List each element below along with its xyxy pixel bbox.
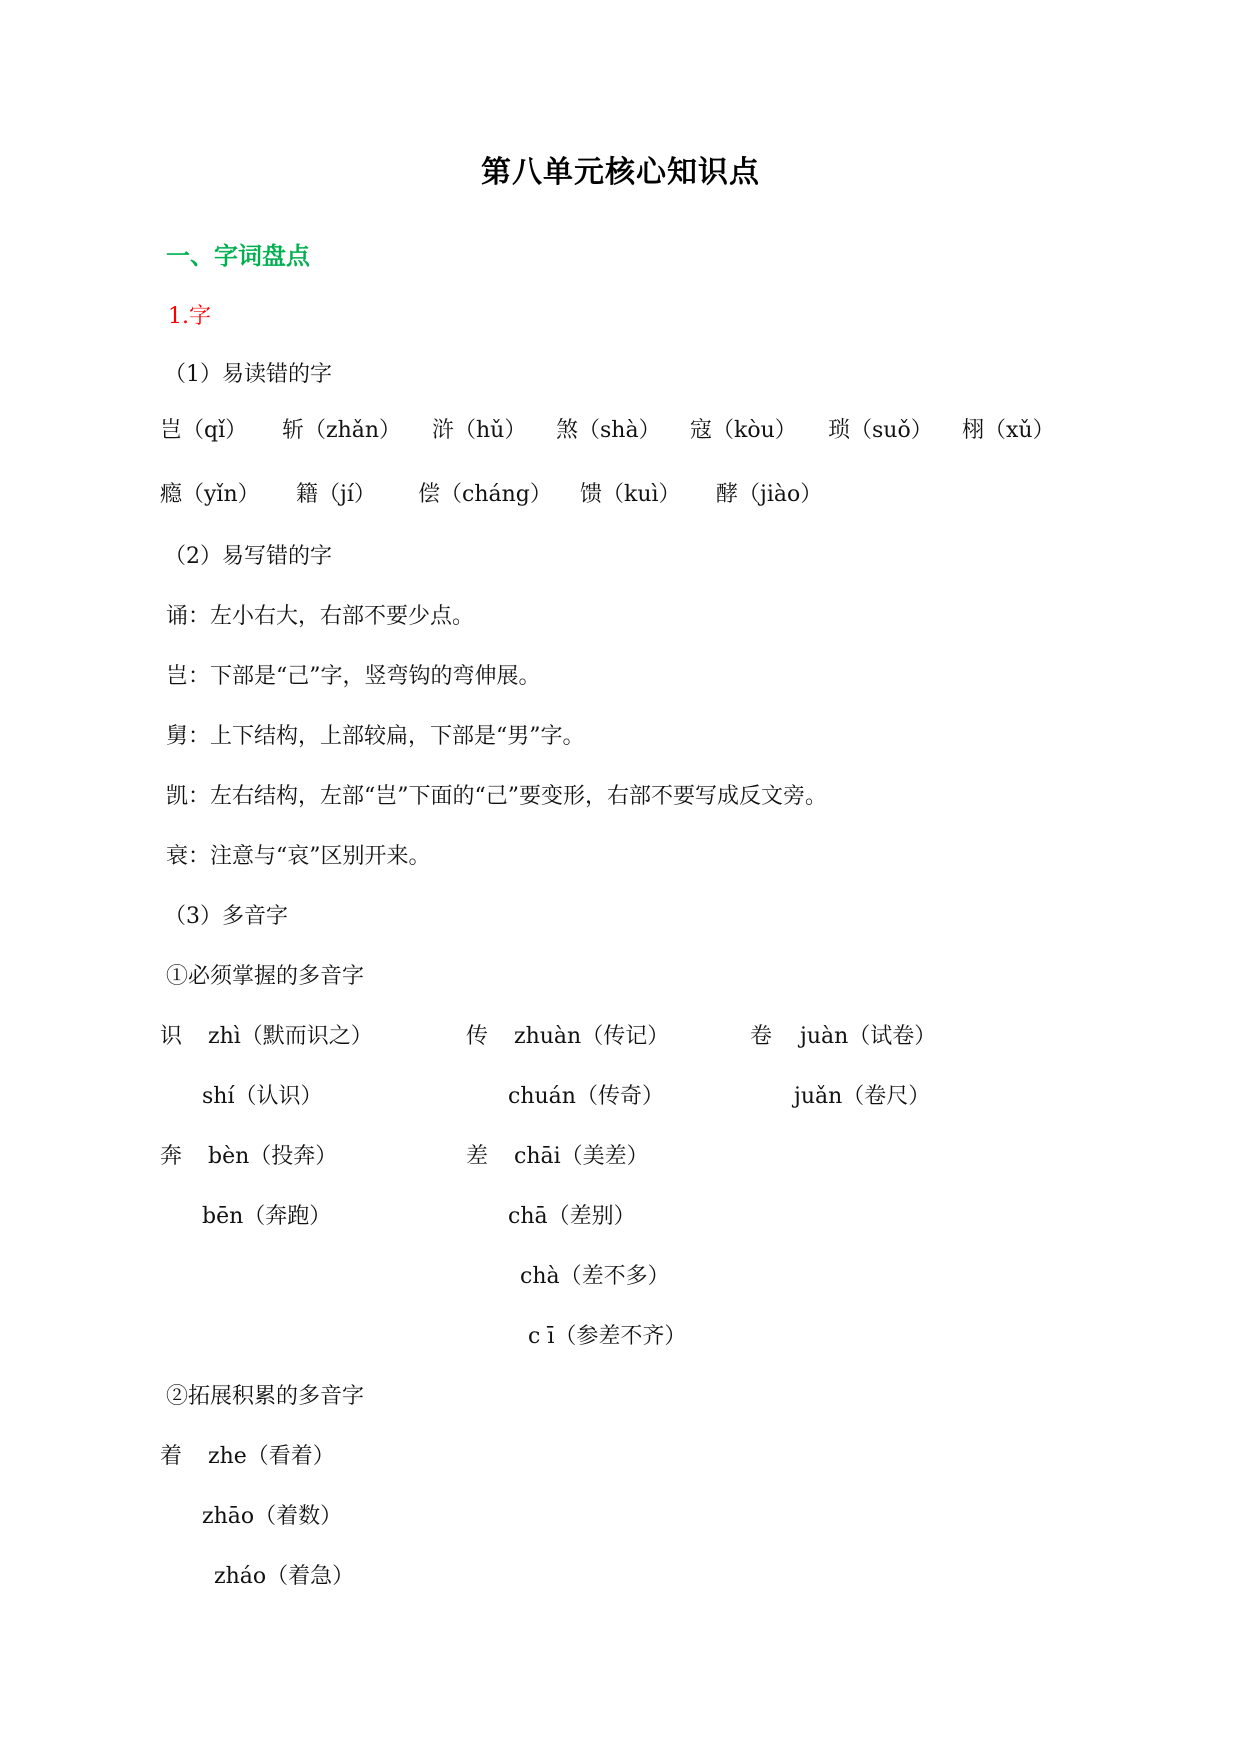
misread-item: 煞（shà）: [556, 420, 661, 442]
part-heading-miswritten: （2）易写错的字: [164, 546, 332, 568]
polyphonic-reading: bēn（奔跑）: [202, 1206, 331, 1228]
polyphonic-reading: zhāo（着数）: [202, 1506, 342, 1528]
polyphonic-reading: chà（差不多）: [520, 1266, 670, 1288]
misread-item: 偿（cháng）: [418, 484, 552, 506]
polyphonic-extended-heading: ②拓展积累的多音字: [166, 1386, 364, 1408]
misread-item: 岂（qǐ）: [160, 420, 247, 442]
polyphonic-reading: zhe（看着）: [208, 1446, 335, 1468]
misread-item: 栩（xǔ）: [962, 420, 1055, 442]
misread-item: 瘾（yǐn）: [160, 484, 260, 506]
misread-item: 斩（zhǎn）: [282, 420, 401, 442]
polyphonic-reading: shí（认识）: [202, 1086, 323, 1108]
polyphonic-reading: c ī（参差不齐）: [528, 1326, 686, 1348]
polyphonic-reading: juǎn（卷尺）: [794, 1086, 930, 1108]
polyphonic-reading: chā（差别）: [508, 1206, 636, 1228]
polyphonic-reading: chuán（传奇）: [508, 1086, 664, 1108]
polyphonic-reading: zhuàn（传记）: [514, 1026, 669, 1048]
misread-item: 酵（jiào）: [716, 484, 822, 506]
miswritten-note: 舅：上下结构，上部较扁，下部是“男”字。: [166, 726, 585, 748]
misread-item: 琐（suǒ）: [828, 420, 933, 442]
polyphonic-reading: bèn（投奔）: [208, 1146, 337, 1168]
polyphonic-reading: chāi（美差）: [514, 1146, 649, 1168]
page-title: 第八单元核心知识点: [0, 158, 1241, 188]
misread-item: 籍（jí）: [296, 484, 376, 506]
polyphonic-char: 着: [160, 1446, 182, 1468]
polyphonic-char: 识: [160, 1026, 182, 1048]
misread-item: 浒（hǔ）: [432, 420, 526, 442]
miswritten-note: 岂：下部是“己”字，竖弯钩的弯伸展。: [166, 666, 541, 688]
polyphonic-char: 传: [466, 1026, 488, 1048]
miswritten-note: 凯：左右结构，左部“岂”下面的“己”要变形，右部不要写成反文旁。: [166, 786, 827, 808]
polyphonic-reading: juàn（试卷）: [800, 1026, 936, 1048]
polyphonic-char: 卷: [750, 1026, 772, 1048]
misread-item: 寇（kòu）: [690, 420, 797, 442]
polyphonic-must-master-heading: ①必须掌握的多音字: [166, 966, 364, 988]
polyphonic-char: 奔: [160, 1146, 182, 1168]
polyphonic-char: 差: [466, 1146, 488, 1168]
polyphonic-reading: zháo（着急）: [214, 1566, 354, 1588]
part-heading-misread: （1）易读错的字: [164, 364, 332, 386]
miswritten-note: 诵：左小右大，右部不要少点。: [166, 606, 474, 628]
miswritten-note: 衰：注意与“哀”区别开来。: [166, 846, 431, 868]
misread-item: 馈（kuì）: [580, 484, 681, 506]
subsection-heading-characters: 1.字: [168, 306, 211, 328]
polyphonic-reading: zhì（默而识之）: [208, 1026, 373, 1048]
section-heading-word-review: 一、字词盘点: [166, 244, 310, 268]
part-heading-polyphonic: （3）多音字: [164, 906, 288, 928]
